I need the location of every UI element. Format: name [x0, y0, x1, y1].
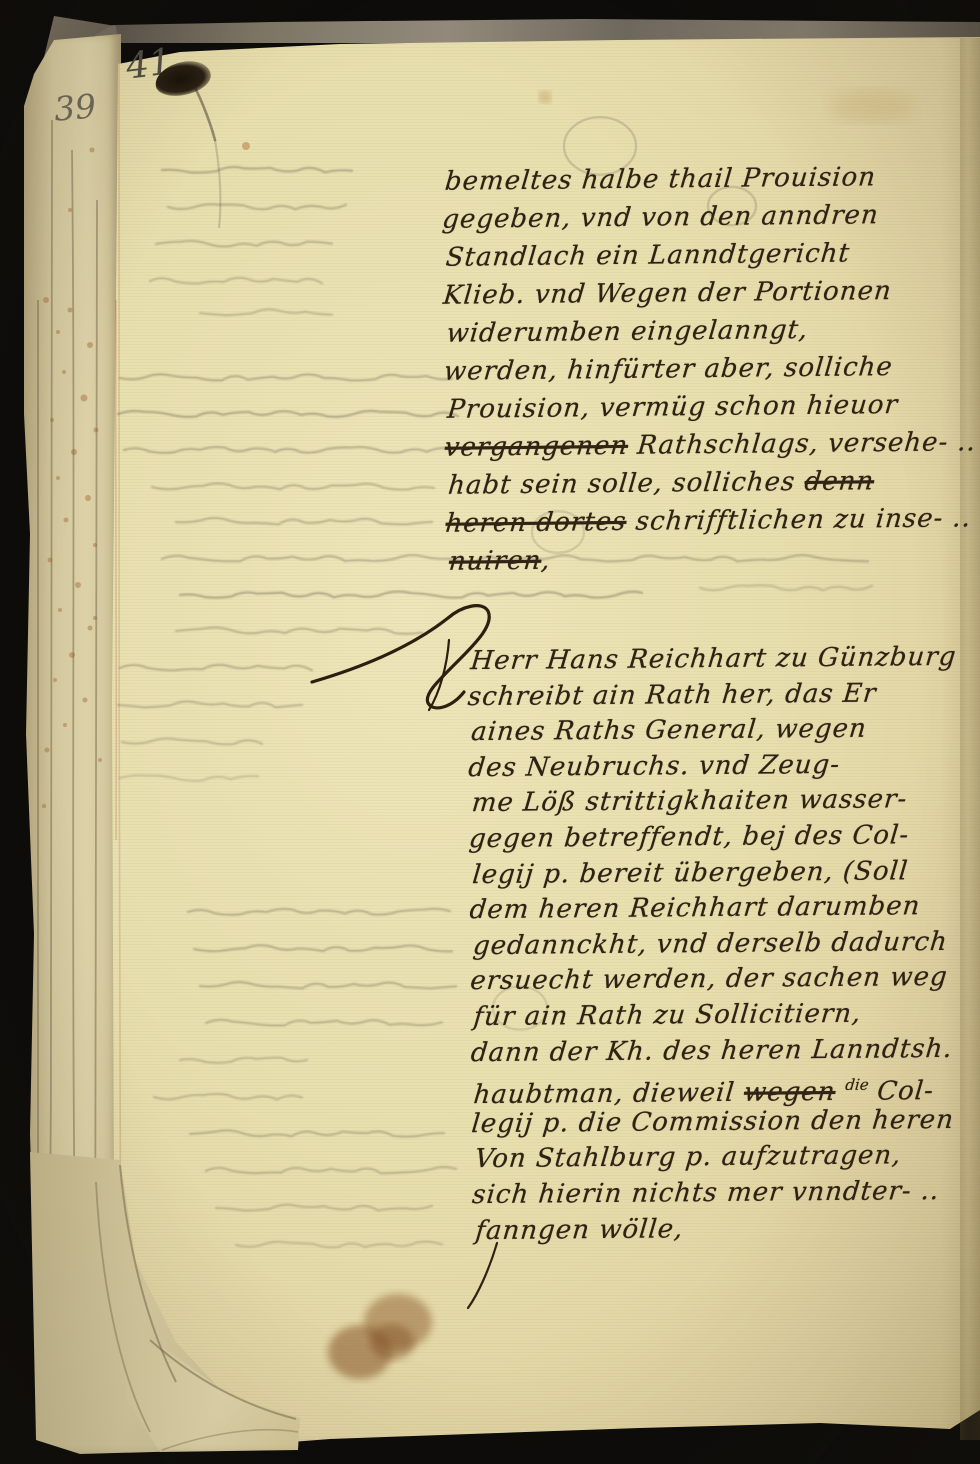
manuscript-line: legij p. die Commission den heren	[470, 1103, 962, 1143]
manuscript-line: Prouision, vermüg schon hieuor	[446, 385, 978, 429]
manuscript-line: nuiren,	[447, 537, 979, 581]
manuscript-line: haubtman, dieweil wegen die Col-	[473, 1067, 962, 1107]
previous-folio-number: 39	[52, 86, 97, 129]
manuscript-line: me Löß strittigkhaiten wasser-	[470, 782, 959, 822]
manuscript-line: Klieb. vnd Wegen der Portionen	[441, 271, 976, 315]
manuscript-line: für ain Rath zu Sollicitiern,	[472, 996, 961, 1036]
manuscript-line: ersuecht werden, der sachen weg	[469, 960, 961, 1000]
manuscript-line: des Neubruchs. vnd Zeug-	[467, 747, 959, 787]
paragraph-2: Herr Hans Reichhart zu Günzburgschreibt …	[467, 640, 961, 1249]
manuscript-scan: 41 39 bemeltes halbe thail Prouisiongege…	[0, 0, 980, 1464]
manuscript-line: schreibt ain Rath her, das Er	[466, 675, 958, 715]
manuscript-line: gedannckht, vnd derselb dadurch	[471, 925, 960, 965]
manuscript-line: bemeltes halbe thail Prouision	[443, 157, 975, 201]
manuscript-line: dem heren Reichhart darumben	[468, 889, 960, 929]
manuscript-line: habt sein solle, solliches denn	[446, 461, 978, 505]
manuscript-line: gegen betreffendt, bej des Col-	[467, 818, 959, 858]
manuscript-line: heren dortes schrifftlichen zu inse- ..	[444, 499, 979, 543]
manuscript-line: Von Stahlburg p. aufzutragen,	[473, 1138, 962, 1178]
paragraph-1: bemeltes halbe thail Prouisiongegeben, v…	[442, 157, 978, 581]
manuscript-line: widerumben eingelanngt,	[445, 309, 977, 353]
manuscript-line: dann der Kh. des heren Lanndtsh.	[469, 1031, 961, 1071]
manuscript-line: fanngen wölle,	[474, 1209, 963, 1249]
manuscript-line: aines Raths General, wegen	[469, 711, 958, 751]
manuscript-line: werden, hinfürter aber, solliche	[442, 347, 977, 391]
manuscript-line: Standlach ein Lanndtgericht	[444, 233, 976, 277]
manuscript-line: gegeben, vnd von den anndren	[441, 195, 976, 239]
manuscript-line: vergangenen Rathschlags, versehe- ..	[443, 423, 978, 467]
manuscript-line: legij p. bereit übergeben, (Soll	[471, 853, 960, 893]
manuscript-line: sich hierin nichts mer vnndter- ..	[470, 1174, 962, 1214]
manuscript-line: Herr Hans Reichhart zu Günzburg	[469, 640, 958, 680]
